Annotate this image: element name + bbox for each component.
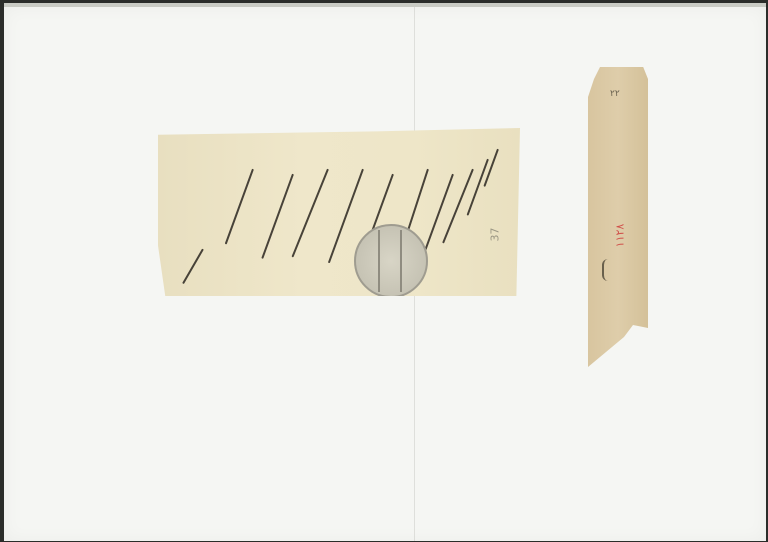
- page-number: 37: [489, 228, 502, 242]
- seal-impression: [354, 224, 428, 298]
- ink-mark: [602, 259, 616, 281]
- manuscript-note: 37: [158, 128, 520, 296]
- red-annotation: ۱۱۲۸: [613, 224, 626, 248]
- paper-strip: ۲۲ ۱۱۲۸: [588, 67, 648, 367]
- corner-mark: ۲۲: [610, 89, 620, 99]
